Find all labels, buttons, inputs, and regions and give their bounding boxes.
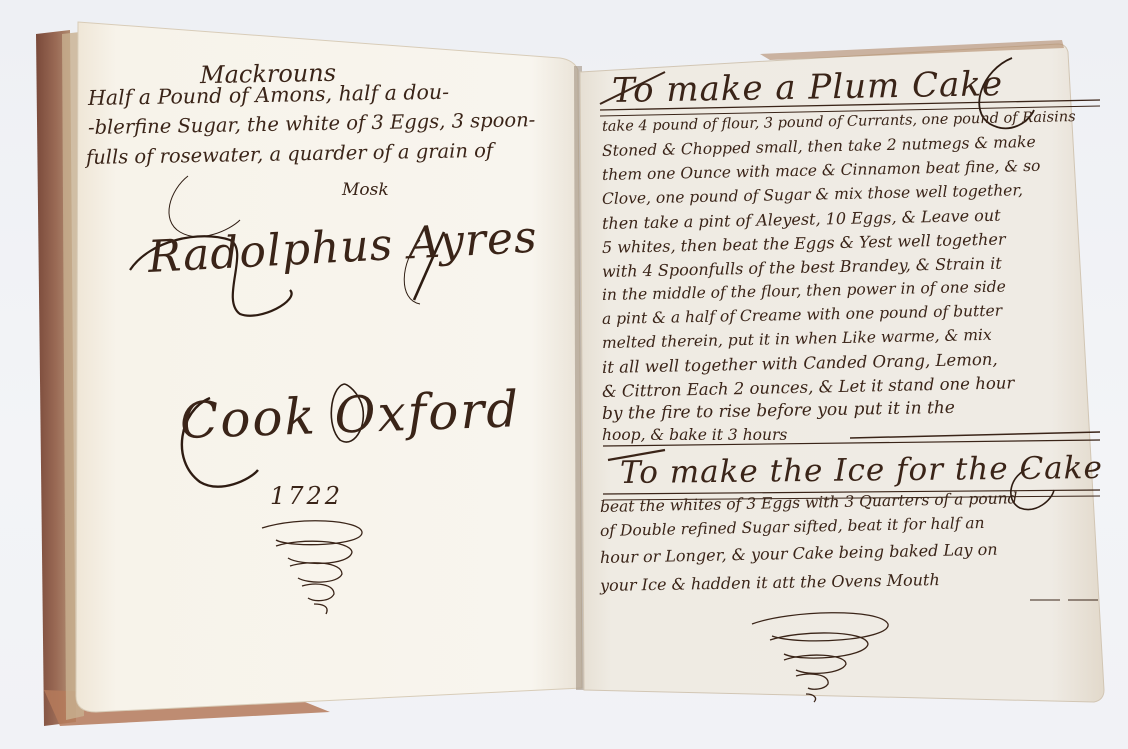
- photo-scene: Mackrouns Half a Pound of Amons, half a …: [0, 0, 1128, 749]
- plum-cake-title: To make a Plum Cake: [612, 67, 1004, 108]
- year: 1722: [270, 484, 343, 508]
- ice-for-cake-title: To make the Ice for the Cake: [620, 453, 1103, 489]
- plum-cake-line: hoop, & bake it 3 hours: [602, 428, 787, 444]
- mackrouns-line-4: Mosk: [342, 182, 389, 199]
- mackrouns-line-1: Half a Pound of Amons, half a dou-: [88, 82, 449, 109]
- cook-oxford: Cook Oxford: [179, 384, 521, 446]
